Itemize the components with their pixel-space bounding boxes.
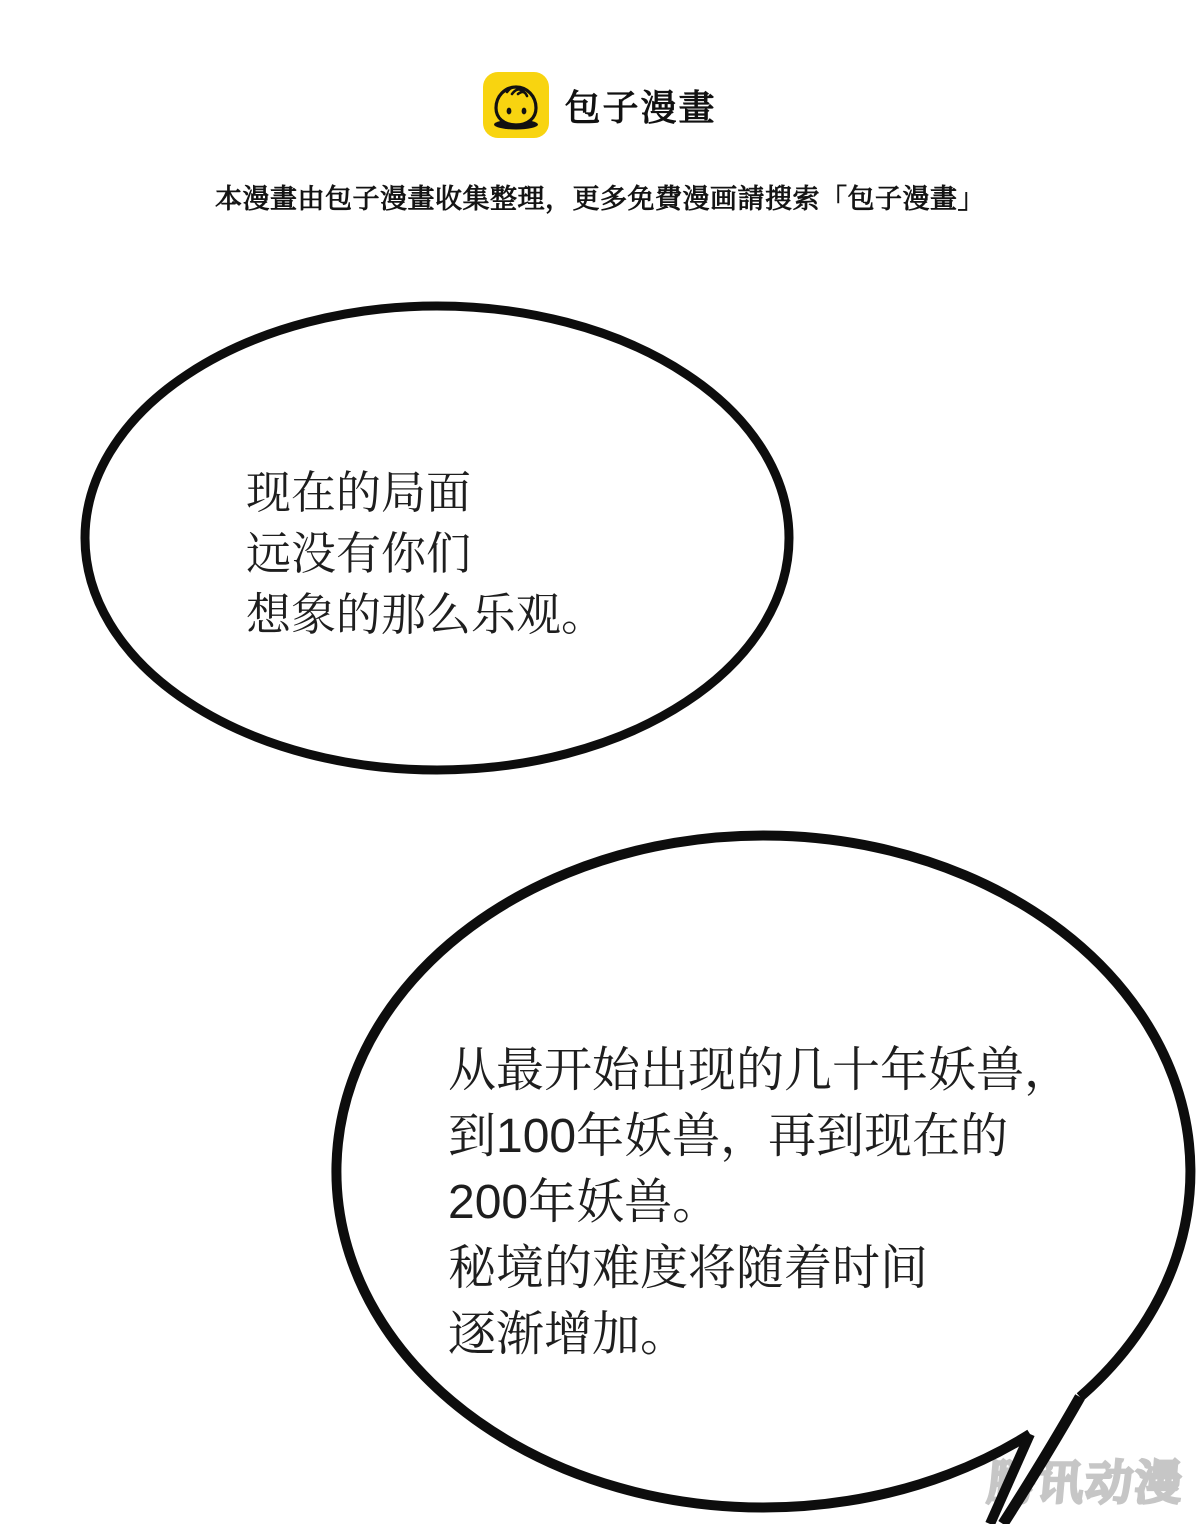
bubble-text-line: 想象的那么乐观。 (246, 584, 606, 645)
bubble-text-line: 远没有你们 (246, 523, 606, 584)
bubble-2-text: 从最开始出现的几十年妖兽， 到100年妖兽，再到现在的 200年妖兽。 秘境的难… (448, 1038, 1072, 1368)
bubble-text-line: 现在的局面 (246, 462, 606, 523)
bubble-text-line: 逐渐增加。 (448, 1302, 1072, 1368)
bubble-1-text: 现在的局面 远没有你们 想象的那么乐观。 (246, 462, 606, 645)
bubble-text-line: 秘境的难度将随着时间 (448, 1236, 1072, 1302)
bubble-text-line: 从最开始出现的几十年妖兽， (448, 1038, 1072, 1104)
comic-page: { "header": { "logo_text": "包子漫畫", "logo… (0, 0, 1200, 1524)
bubble-text-line: 到100年妖兽，再到现在的 (448, 1104, 1072, 1170)
bubble-text-line: 200年妖兽。 (448, 1170, 1072, 1236)
